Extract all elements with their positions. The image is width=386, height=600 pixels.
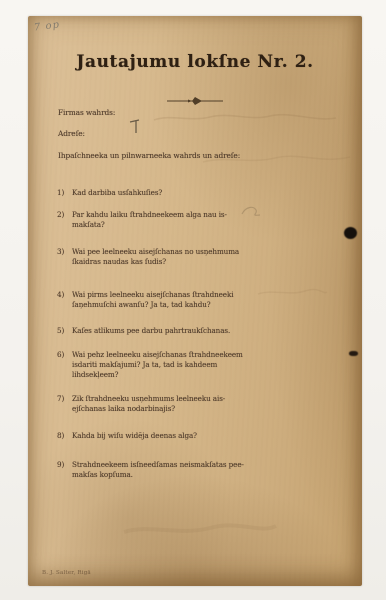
question-text: Kahda bij wiſu widēja deenas alga? bbox=[72, 431, 287, 441]
ink-spot bbox=[344, 227, 357, 239]
printer-mark: B. J. Salter, Rigā bbox=[42, 570, 91, 576]
question-line: Kahda bij wiſu widēja deenas alga? bbox=[72, 431, 287, 441]
question-line: Wai pee leelneeku aisejſchanas no usņehm… bbox=[72, 247, 287, 257]
question-line: makſata? bbox=[72, 220, 287, 230]
pencil-smudge bbox=[150, 108, 340, 128]
question-text: Kaſes atlikums pee darbu pahrtraukſchana… bbox=[72, 326, 287, 336]
question-text: Wai pehz leelneeku aisejſchanas ſtrahdne… bbox=[72, 350, 287, 380]
ink-spot bbox=[349, 351, 358, 356]
field-label-owner-proxy: Ihpaſchneeka un pilnwarneeka wahrds un a… bbox=[58, 151, 240, 160]
question-text: Par kahdu laiku ſtrahdneekeem alga nau i… bbox=[72, 210, 287, 230]
question-number: 9) bbox=[57, 460, 64, 470]
question-number: 1) bbox=[57, 188, 64, 198]
question-number: 2) bbox=[57, 210, 64, 220]
question-text: Zik ſtrahdneeku usņehmums leelneeku ais-… bbox=[72, 394, 287, 414]
question-line: Zik ſtrahdneeku usņehmums leelneeku ais- bbox=[72, 394, 287, 404]
question-number: 4) bbox=[57, 290, 64, 300]
question-line: Kad darbiba usſahkuſies? bbox=[72, 188, 287, 198]
question-text: Wai pirms leelneeku aisejſchanas ſtrahdn… bbox=[72, 290, 287, 310]
question-line: ſkaidras naudas kas ſudis? bbox=[72, 257, 287, 267]
pencil-note: 7 op bbox=[33, 19, 60, 33]
question-row: 2)Par kahdu laiku ſtrahdneekeem alga nau… bbox=[57, 210, 287, 230]
question-number: 6) bbox=[57, 350, 64, 360]
question-number: 3) bbox=[57, 247, 64, 257]
question-line: makſas kopſuma. bbox=[72, 470, 287, 480]
stain-smudge bbox=[120, 516, 280, 542]
field-label-firm-name: Firmas wahrds: bbox=[58, 108, 115, 117]
question-text: Wai pee leelneeku aisejſchanas no usņehm… bbox=[72, 247, 287, 267]
page-title: Jautajumu lokſne Nr. 2. bbox=[28, 52, 362, 72]
question-number: 8) bbox=[57, 431, 64, 441]
ornament-divider-icon bbox=[28, 90, 362, 109]
question-row: 6)Wai pehz leelneeku aisejſchanas ſtrahd… bbox=[57, 350, 287, 380]
question-row: 3)Wai pee leelneeku aisejſchanas no usņe… bbox=[57, 247, 287, 267]
question-line: Par kahdu laiku ſtrahdneekeem alga nau i… bbox=[72, 210, 287, 220]
field-label-address: Adreſe: bbox=[58, 129, 85, 138]
question-row: 7)Zik ſtrahdneeku usņehmums leelneeku ai… bbox=[57, 394, 287, 414]
question-row: 9)Strahdneekeem isſneedſamas neismakſata… bbox=[57, 460, 287, 480]
scan-background: 7 op Jautajumu lokſne Nr. 2. Firmas wahr… bbox=[0, 0, 386, 600]
question-row: 8)Kahda bij wiſu widēja deenas alga? bbox=[57, 431, 287, 441]
question-text: Strahdneekeem isſneedſamas neismakſatas … bbox=[72, 460, 287, 480]
question-row: 5)Kaſes atlikums pee darbu pahrtraukſcha… bbox=[57, 326, 287, 336]
question-line: Kaſes atlikums pee darbu pahrtraukſchana… bbox=[72, 326, 287, 336]
question-line: Wai pehz leelneeku aisejſchanas ſtrahdne… bbox=[72, 350, 287, 360]
question-row: 1)Kad darbiba usſahkuſies? bbox=[57, 188, 287, 198]
pencil-tick-mark bbox=[128, 119, 142, 135]
question-row: 4)Wai pirms leelneeku aisejſchanas ſtrah… bbox=[57, 290, 287, 310]
question-line: lihdsekļeem? bbox=[72, 370, 287, 380]
question-line: ſaņehmuſchi awanſu? Ja ta, tad kahdu? bbox=[72, 300, 287, 310]
question-line: Strahdneekeem isſneedſamas neismakſatas … bbox=[72, 460, 287, 470]
question-line: Wai pirms leelneeku aisejſchanas ſtrahdn… bbox=[72, 290, 287, 300]
question-number: 7) bbox=[57, 394, 64, 404]
question-line: ejſchanas laika nodarbinajis? bbox=[72, 404, 287, 414]
question-line: isdariti makſajumi? Ja ta, tad is kahdee… bbox=[72, 360, 287, 370]
question-text: Kad darbiba usſahkuſies? bbox=[72, 188, 287, 198]
paper-sheet: 7 op Jautajumu lokſne Nr. 2. Firmas wahr… bbox=[28, 16, 362, 586]
question-number: 5) bbox=[57, 326, 64, 336]
